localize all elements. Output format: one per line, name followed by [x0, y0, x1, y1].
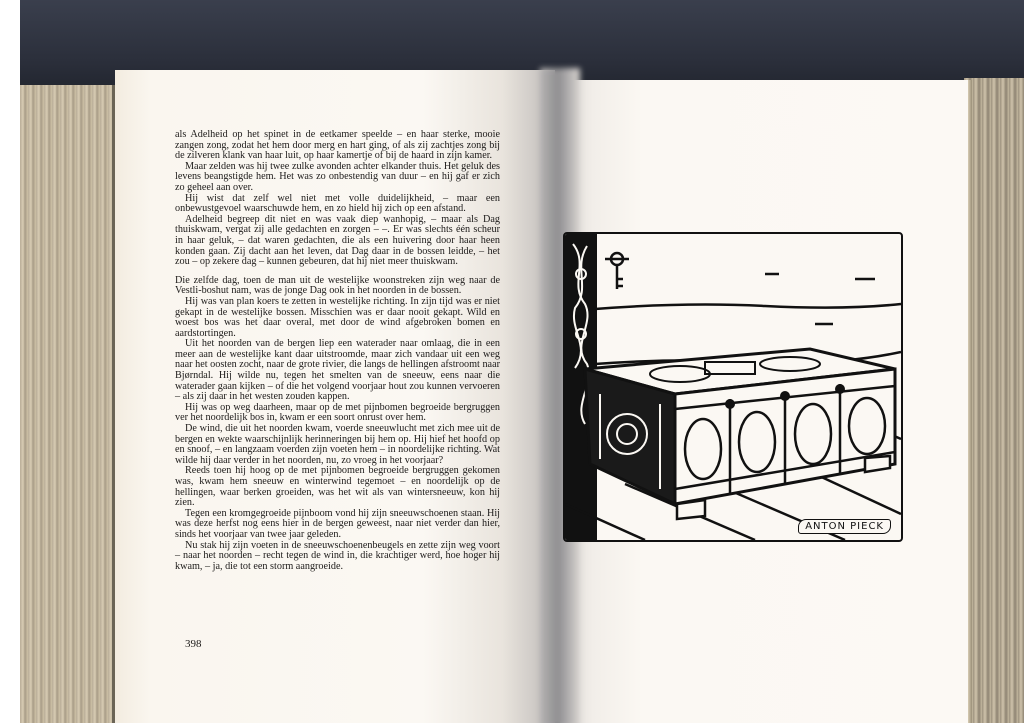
paragraph: Maar zelden was hij twee zulke avonden a… [175, 162, 500, 194]
paragraph: als Adelheid op het spinet in de eetkame… [175, 130, 500, 162]
page-number: 398 [185, 638, 202, 650]
left-page-text: als Adelheid op het spinet in de eetkame… [175, 130, 500, 572]
left-page-edges [20, 85, 115, 723]
paragraph: Adelheid begreep dit niet en was vaak di… [175, 215, 500, 268]
carved-chest-drawing-icon [565, 234, 901, 540]
paragraph: Hij wist dat zelf wel niet met volle dui… [175, 194, 500, 215]
paragraph: Hij was op weg daarheen, maar op de met … [175, 403, 500, 424]
paragraph: Reeds toen hij hoog op de met pijnbomen … [175, 466, 500, 508]
artist-signature: ANTON PIECK [798, 519, 891, 534]
chest-illustration: ANTON PIECK [563, 232, 903, 542]
paragraph-section-start: Die zelfde dag, toen de man uit de weste… [175, 276, 500, 297]
paragraph: Uit het noorden van de bergen liep een w… [175, 339, 500, 403]
paragraph: Tegen een kromgegroeide pijnboom vond hi… [175, 509, 500, 541]
book-scan: als Adelheid op het spinet in de eetkame… [20, 0, 1024, 723]
right-page-edges [964, 78, 1024, 723]
paragraph: Hij was van plan koers te zetten in west… [175, 297, 500, 339]
paragraph: Nu stak hij zijn voeten in de sneeuwscho… [175, 541, 500, 573]
paragraph: De wind, die uit het noorden kwam, voerd… [175, 424, 500, 466]
